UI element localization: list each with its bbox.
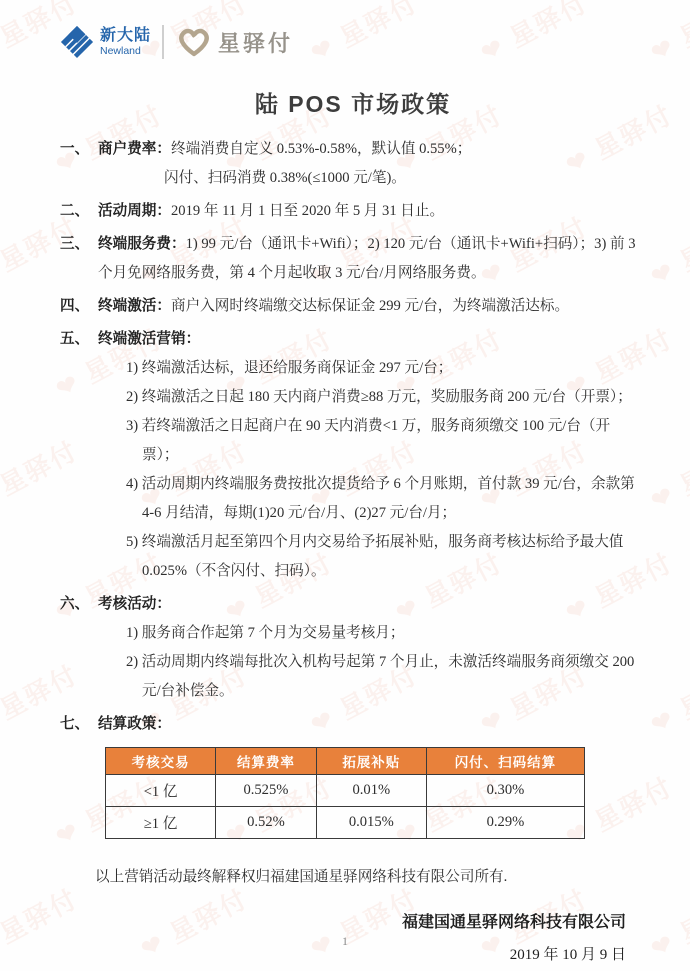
table-cell: ≥1 亿 xyxy=(106,807,216,839)
document-page: ❤︎ 星驿付❤︎ 星驿付❤︎ 星驿付❤︎ 星驿付❤︎ 星驿付❤︎ 星驿付❤︎ 星… xyxy=(0,0,690,971)
section-label: 终端服务费： xyxy=(98,236,186,252)
continuation-line: 闪付、扫码消费 0.38%(≤1000 元/笔)。 xyxy=(98,164,646,193)
newland-diamond-icon xyxy=(60,25,94,59)
xingyifu-logo: 星驿付 xyxy=(175,25,293,59)
sub-item: 5) 终端激活月起至第四个月内交易给予拓展补贴，服务商考核达标给予最大值 0.0… xyxy=(98,528,646,586)
section-item: 三、终端服务费：1) 99 元/台（通讯卡+Wifi）；2) 120 元/台（通… xyxy=(60,230,646,288)
newland-name: 新大陆 xyxy=(100,28,151,44)
brand-divider xyxy=(162,25,164,59)
section-text: 终端服务费：1) 99 元/台（通讯卡+Wifi）；2) 120 元/台（通讯卡… xyxy=(98,230,646,288)
page-title: 陆 POS 市场政策 xyxy=(60,86,646,119)
page-number: 1 xyxy=(0,934,690,949)
table-cell: 0.52% xyxy=(216,807,317,839)
table-row: <1 亿0.525%0.01%0.30% xyxy=(106,775,585,807)
section-item: 四、终端激活：商户入网时终端缴交达标保证金 299 元/台，为终端激活达标。 xyxy=(60,292,646,321)
sub-item: 2) 终端激活之日起 180 天内商户消费≥88 万元，奖励服务商 200 元/… xyxy=(98,383,646,412)
table-cell: 0.01% xyxy=(316,775,426,807)
section-label: 考核活动： xyxy=(98,596,171,612)
section-text: 考核活动： xyxy=(98,590,646,619)
table-cell: 0.015% xyxy=(316,807,426,839)
newland-subname: Newland xyxy=(100,46,151,57)
section-number: 七、 xyxy=(60,710,89,739)
section-number: 五、 xyxy=(60,325,89,354)
table-cell: 0.30% xyxy=(426,775,584,807)
table-header-row: 考核交易结算费率拓展补贴闪付、扫码结算 xyxy=(106,748,585,775)
sub-item: 1) 终端激活达标，退还给服务商保证金 297 元/台； xyxy=(98,354,646,383)
policy-sections: 一、商户费率：终端消费自定义 0.53%-0.58%，默认值 0.55%；闪付、… xyxy=(60,135,646,739)
section-number: 六、 xyxy=(60,590,89,619)
section-item: 六、考核活动：1) 服务商合作起第 7 个月为交易量考核月；2) 活动周期内终端… xyxy=(60,590,646,706)
section-text: 活动周期：2019 年 11 月 1 日至 2020 年 5 月 31 日止。 xyxy=(98,197,646,226)
settlement-table: 考核交易结算费率拓展补贴闪付、扫码结算 <1 亿0.525%0.01%0.30%… xyxy=(105,747,585,839)
section-label: 商户费率： xyxy=(98,141,171,157)
table-header-cell: 结算费率 xyxy=(216,748,317,775)
newland-logo: 新大陆 Newland xyxy=(60,25,151,59)
sub-item: 2) 活动周期内终端每批次入机构号起第 7 个月止，未激活终端服务商须缴交 20… xyxy=(98,648,646,706)
section-number: 三、 xyxy=(60,230,89,259)
table-header-cell: 考核交易 xyxy=(106,748,216,775)
sub-item: 4) 活动周期内终端服务费按批次提货给予 6 个月账期，首付款 39 元/台，余… xyxy=(98,470,646,528)
section-label: 活动周期： xyxy=(98,203,171,219)
section-text: 终端激活营销： xyxy=(98,325,646,354)
section-item: 五、终端激活营销：1) 终端激活达标，退还给服务商保证金 297 元/台；2) … xyxy=(60,325,646,586)
heart-icon xyxy=(175,25,213,59)
table-row: ≥1 亿0.52%0.015%0.29% xyxy=(106,807,585,839)
section-number: 二、 xyxy=(60,197,89,226)
section-text: 结算政策： xyxy=(98,710,646,739)
table-cell: 0.525% xyxy=(216,775,317,807)
section-item: 二、活动周期：2019 年 11 月 1 日至 2020 年 5 月 31 日止… xyxy=(60,197,646,226)
table-cell: 0.29% xyxy=(426,807,584,839)
section-item: 一、商户费率：终端消费自定义 0.53%-0.58%，默认值 0.55%；闪付、… xyxy=(60,135,646,193)
brand-header: 新大陆 Newland 星驿付 xyxy=(60,0,646,66)
disclaimer-text: 以上营销活动最终解释权归福建国通星驿网络科技有限公司所有. xyxy=(95,865,646,886)
table-header-cell: 拓展补贴 xyxy=(316,748,426,775)
newland-wordmark: 新大陆 Newland xyxy=(100,28,151,57)
section-number: 四、 xyxy=(60,292,89,321)
sub-item: 1) 服务商合作起第 7 个月为交易量考核月； xyxy=(98,619,646,648)
section-text: 商户费率：终端消费自定义 0.53%-0.58%，默认值 0.55%； xyxy=(98,135,646,164)
table-cell: <1 亿 xyxy=(106,775,216,807)
table-header-cell: 闪付、扫码结算 xyxy=(426,748,584,775)
section-label: 终端激活： xyxy=(98,298,171,314)
section-item: 七、结算政策： xyxy=(60,710,646,739)
section-label: 终端激活营销： xyxy=(98,331,200,347)
section-label: 结算政策： xyxy=(98,716,171,732)
section-number: 一、 xyxy=(60,135,89,164)
section-text: 终端激活：商户入网时终端缴交达标保证金 299 元/台，为终端激活达标。 xyxy=(98,292,646,321)
xingyifu-name: 星驿付 xyxy=(218,27,293,58)
document-content: 新大陆 Newland 星驿付 陆 POS 市场政策 一、商户费率：终端消费自定… xyxy=(0,0,690,971)
sub-item: 3) 若终端激活之日起商户在 90 天内消费<1 万，服务商须缴交 100 元/… xyxy=(98,412,646,470)
